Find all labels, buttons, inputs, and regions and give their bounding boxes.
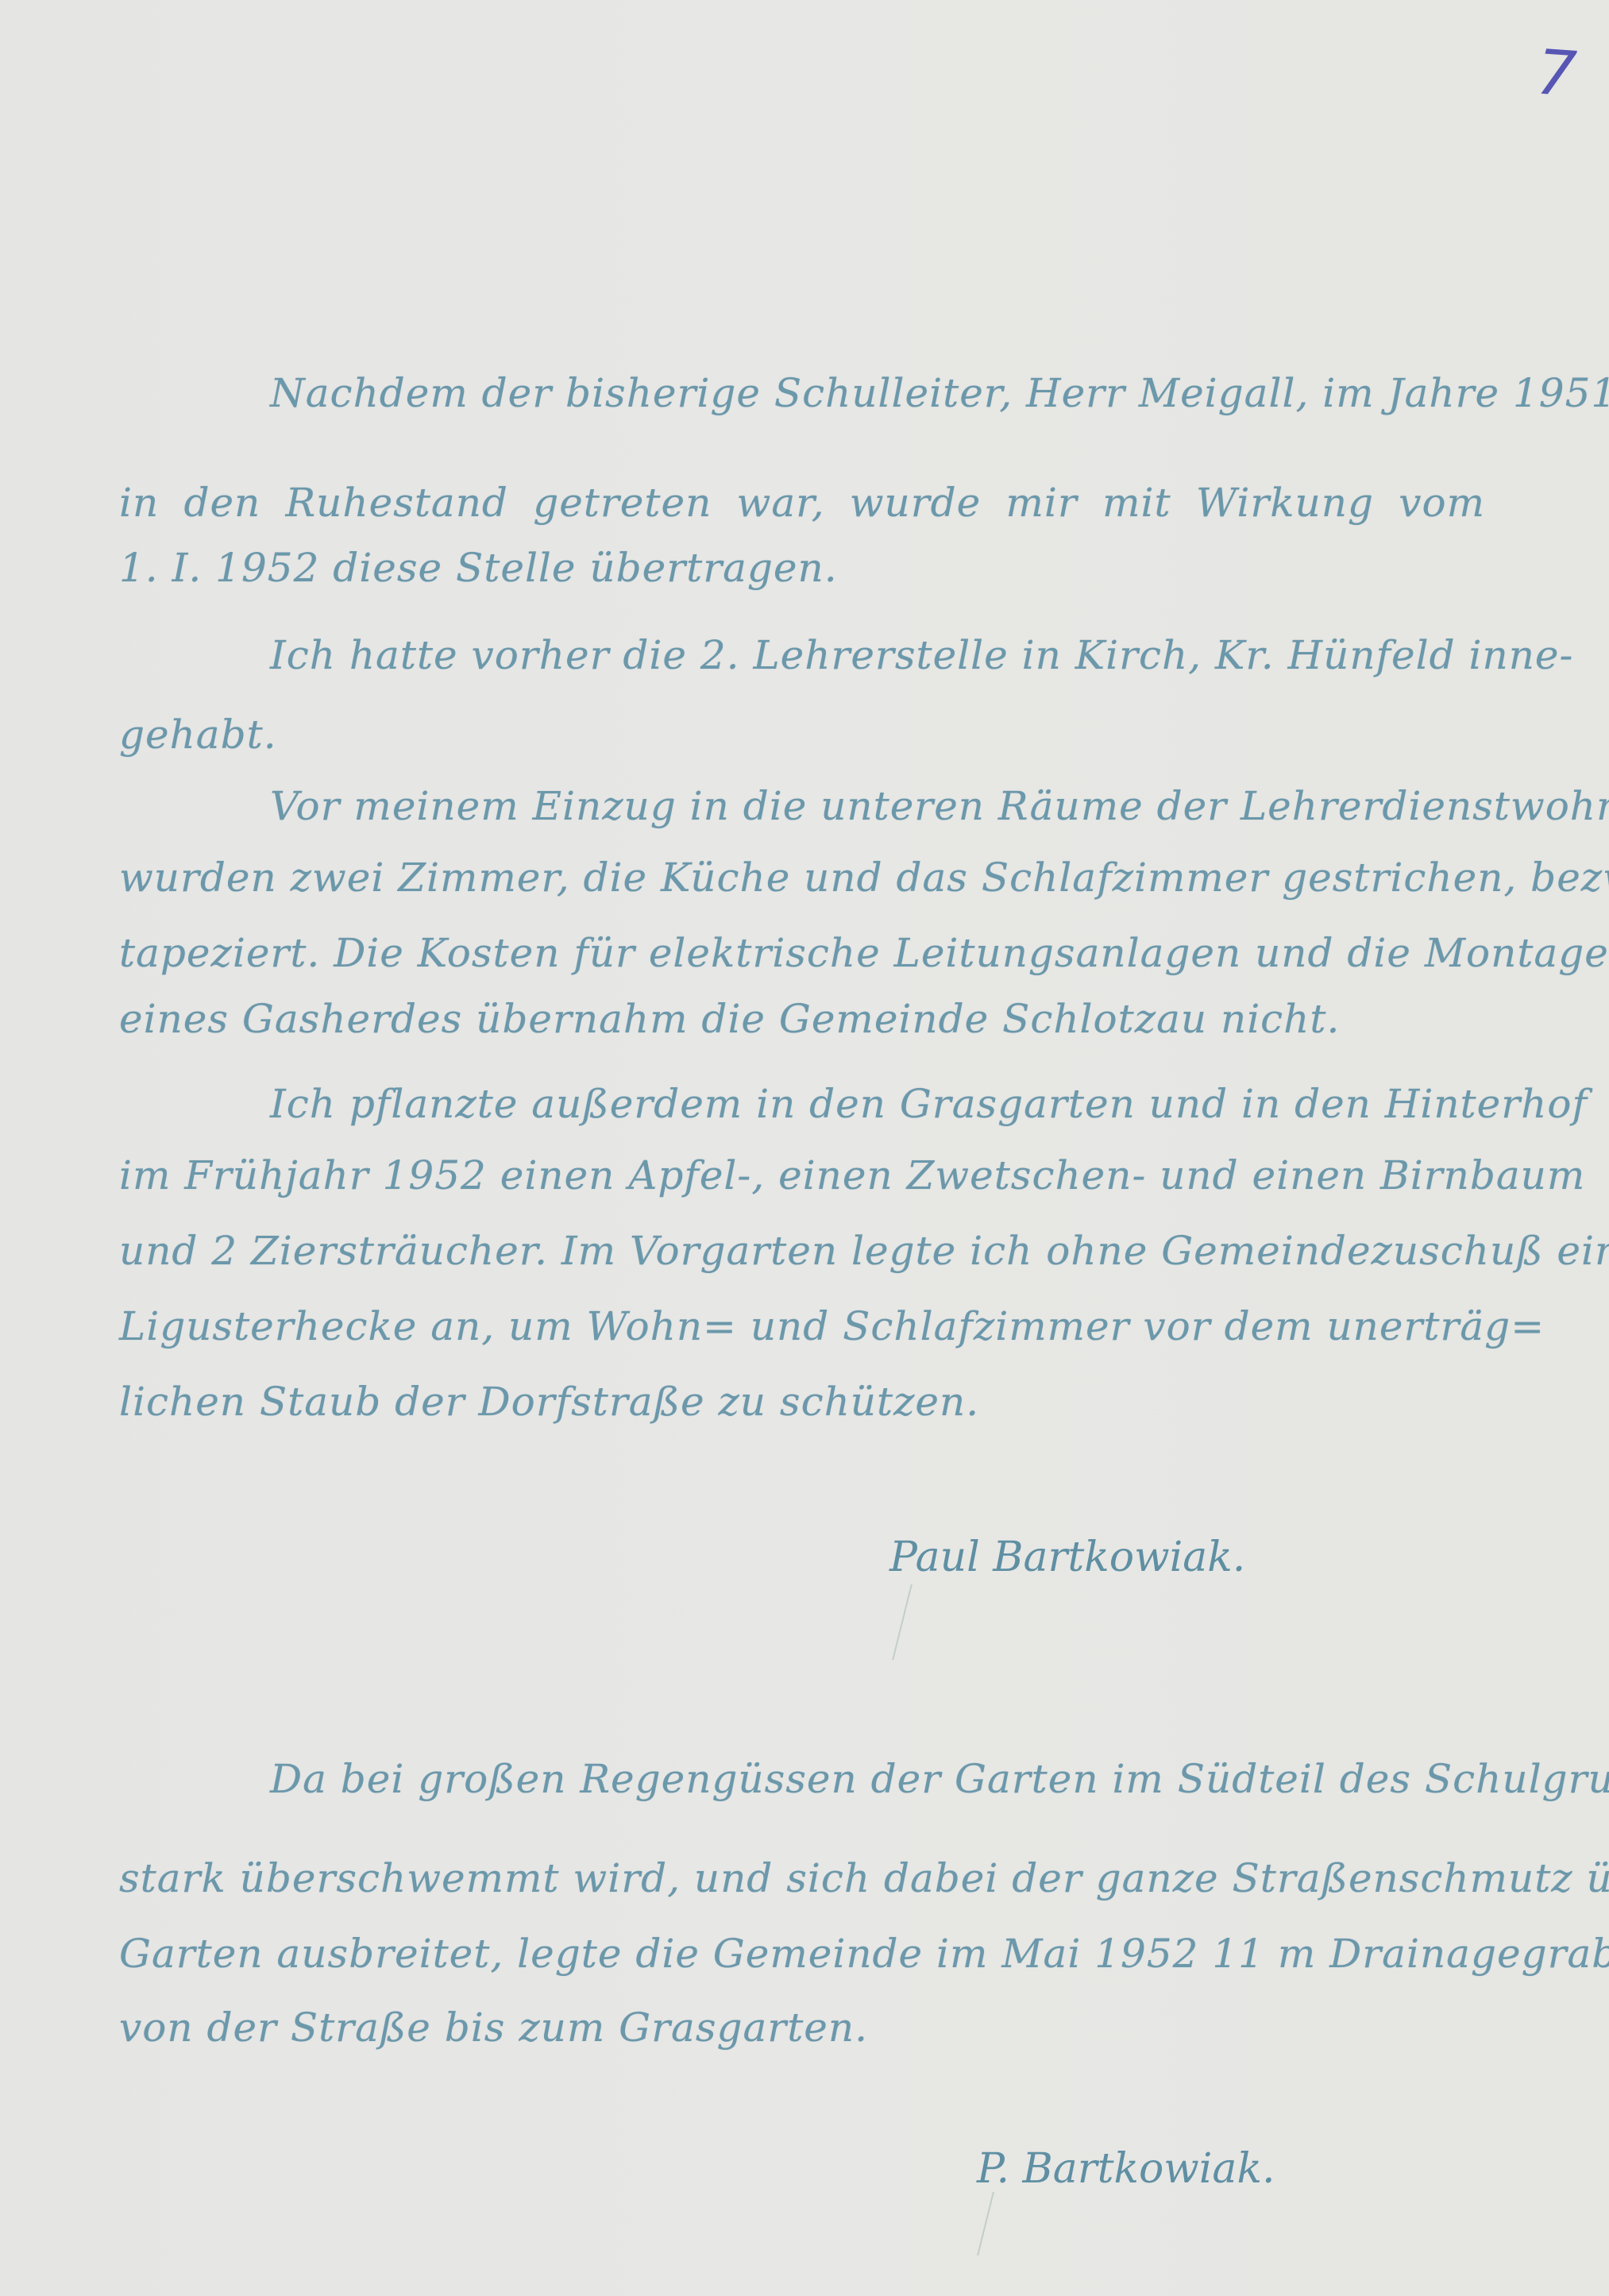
text-line: eines Gasherdes übernahm die Gemeinde Sc… — [119, 999, 1340, 1039]
handwritten-page: 7 Nachdem der bisherige Schulleiter, Her… — [0, 0, 1609, 2296]
signature: Paul Bartkowiak. — [889, 1537, 1245, 1578]
text-line: in den Ruhestand getreten war, wurde mir… — [119, 483, 1485, 523]
text-line: Garten ausbreitet, legte die Gemeinde im… — [119, 1934, 1485, 1974]
text-line: 1. I. 1952 diese Stelle übertragen. — [119, 548, 838, 588]
text-line: Ligusterhecke an, um Wohn= und Schlafzim… — [119, 1306, 1485, 1346]
text-line: Nachdem der bisherige Schulleiter, Herr … — [270, 373, 1485, 413]
signature-flourish — [892, 1584, 913, 1660]
text-line: lichen Staub der Dorfstraße zu schützen. — [119, 1382, 979, 1422]
text-line: Ich pflanzte außerdem in den Grasgarten … — [270, 1084, 1485, 1124]
text-line: wurden zwei Zimmer, die Küche und das Sc… — [119, 858, 1485, 897]
text-line: von der Straße bis zum Grasgarten. — [119, 2008, 868, 2047]
text-line: stark überschwemmt wird, und sich dabei … — [119, 1858, 1485, 1898]
page-number: 7 — [1534, 37, 1579, 110]
text-line: im Frühjahr 1952 einen Apfel-, einen Zwe… — [119, 1156, 1485, 1195]
signature: P. Bartkowiak. — [977, 2148, 1275, 2190]
text-line: tapeziert. Die Kosten für elektrische Le… — [119, 933, 1485, 973]
text-line: Da bei großen Regengüssen der Garten im … — [270, 1759, 1485, 1799]
text-line: Ich hatte vorher die 2. Lehrerstelle in … — [270, 635, 1485, 675]
text-line: und 2 Ziersträucher. Im Vorgarten legte … — [119, 1231, 1485, 1271]
text-line: Vor meinem Einzug in die unteren Räume d… — [270, 786, 1485, 826]
signature-flourish — [977, 2192, 994, 2255]
text-line: gehabt. — [119, 715, 277, 754]
